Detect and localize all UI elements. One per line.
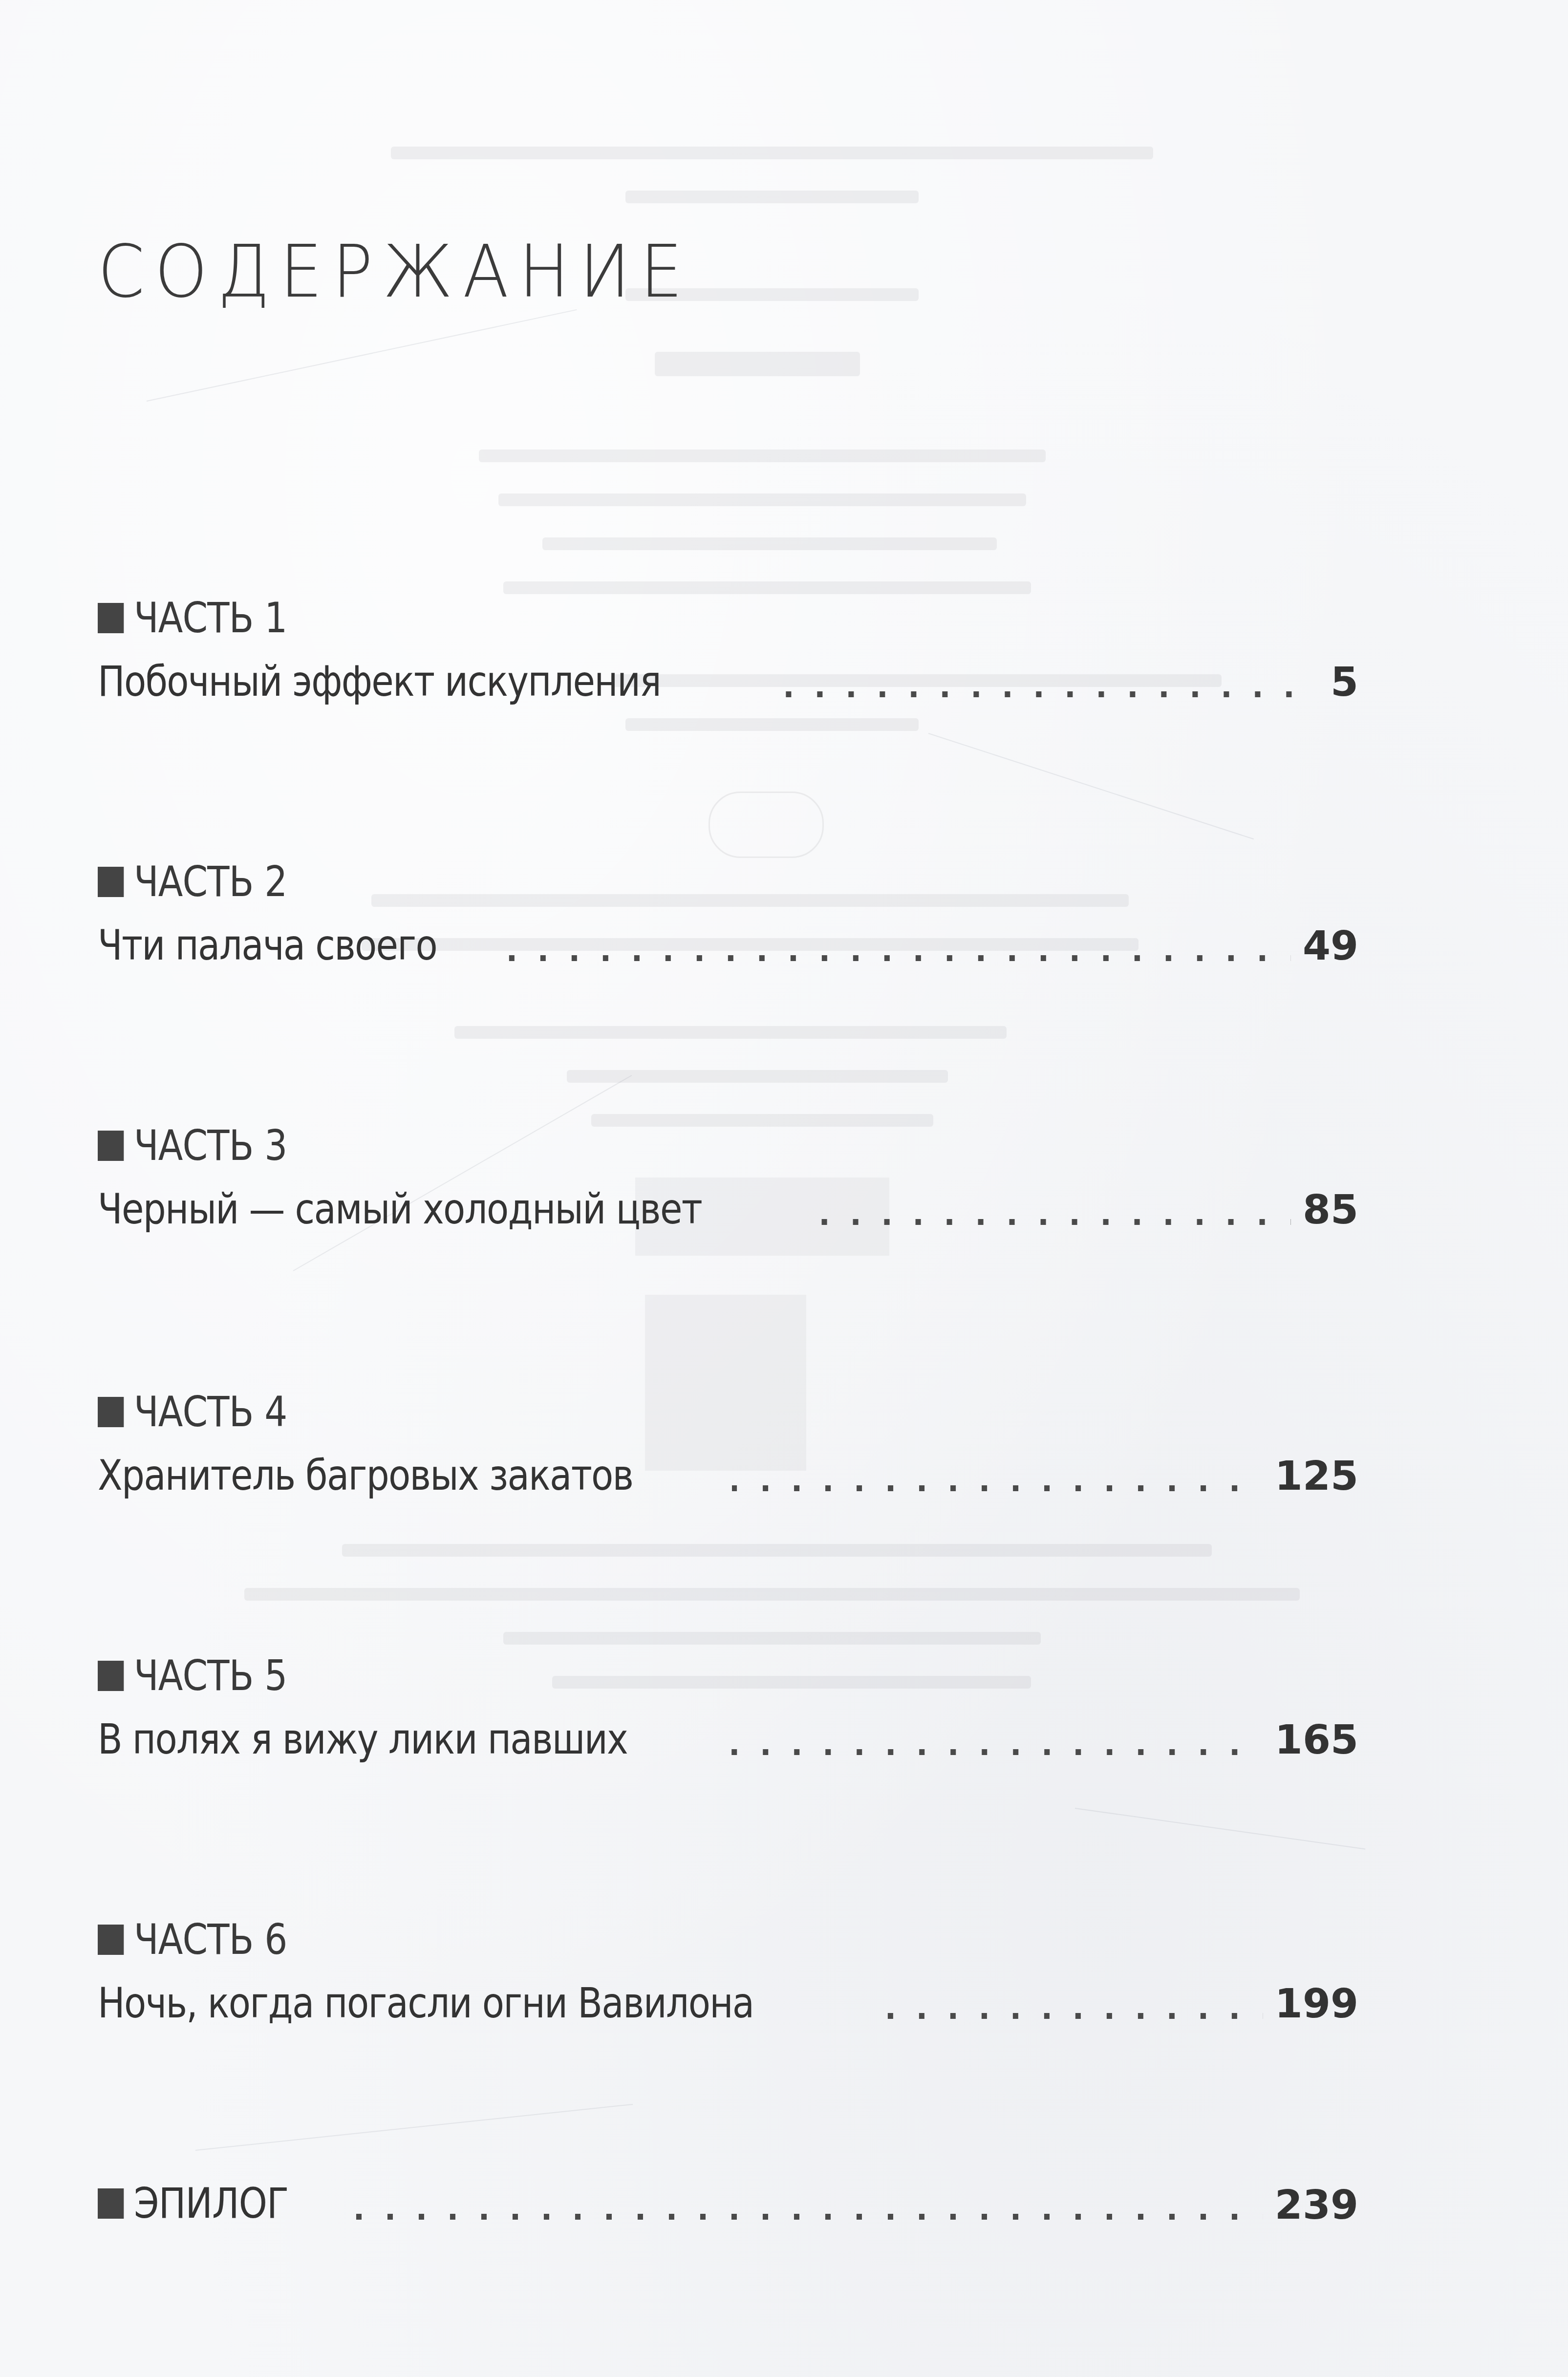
page-number: 239: [1275, 2182, 1358, 2228]
chapter-title: Ночь, когда погасли огни Вавилона: [98, 1979, 753, 2028]
part-label: ЧАСТЬ 4: [134, 1388, 287, 1436]
page-number: 165: [1275, 1717, 1358, 1763]
dot-leader: [812, 1218, 1291, 1225]
square-bullet-icon: [98, 1131, 124, 1161]
square-bullet-icon: [98, 1925, 124, 1955]
part-label: ЧАСТЬ 2: [134, 857, 287, 906]
chapter-title: Черный — самый холодный цвет: [98, 1185, 702, 1234]
page-number: 199: [1275, 1981, 1358, 2027]
dot-leader: [504, 954, 1291, 961]
dot-leader: [331, 2213, 1263, 2220]
square-bullet-icon: [98, 2188, 124, 2219]
chapter-title: Побочный эффект искупления: [98, 657, 661, 706]
square-bullet-icon: [98, 603, 124, 633]
toc-epilogue[interactable]: ЭПИЛОГ 239: [98, 2179, 1358, 2228]
square-bullet-icon: [98, 867, 124, 897]
page-number: 5: [1329, 659, 1358, 706]
page-number: 49: [1303, 923, 1358, 969]
page-number: 125: [1275, 1453, 1358, 1499]
part-label: ЧАСТЬ 5: [134, 1651, 287, 1700]
square-bullet-icon: [98, 1397, 124, 1427]
chapter-title: В полях я вижу лики павших: [98, 1715, 627, 1764]
part-label: ЧАСТЬ 1: [134, 594, 287, 642]
part-label: ЧАСТЬ 6: [134, 1915, 287, 1964]
dot-leader: [726, 1748, 1263, 1755]
epilogue-label: ЭПИЛОГ: [134, 2179, 288, 2228]
dot-leader: [764, 690, 1317, 697]
page-number: 85: [1303, 1187, 1358, 1233]
chapter-title: Хранитель багровых закатов: [98, 1451, 633, 1500]
chapter-title: Чти палача своего: [98, 921, 437, 970]
page-title: СОДЕРЖАНИЕ: [98, 230, 692, 314]
part-label: ЧАСТЬ 3: [134, 1121, 287, 1170]
dot-leader: [872, 2012, 1263, 2019]
dot-leader: [732, 1484, 1263, 1491]
square-bullet-icon: [98, 1661, 124, 1691]
